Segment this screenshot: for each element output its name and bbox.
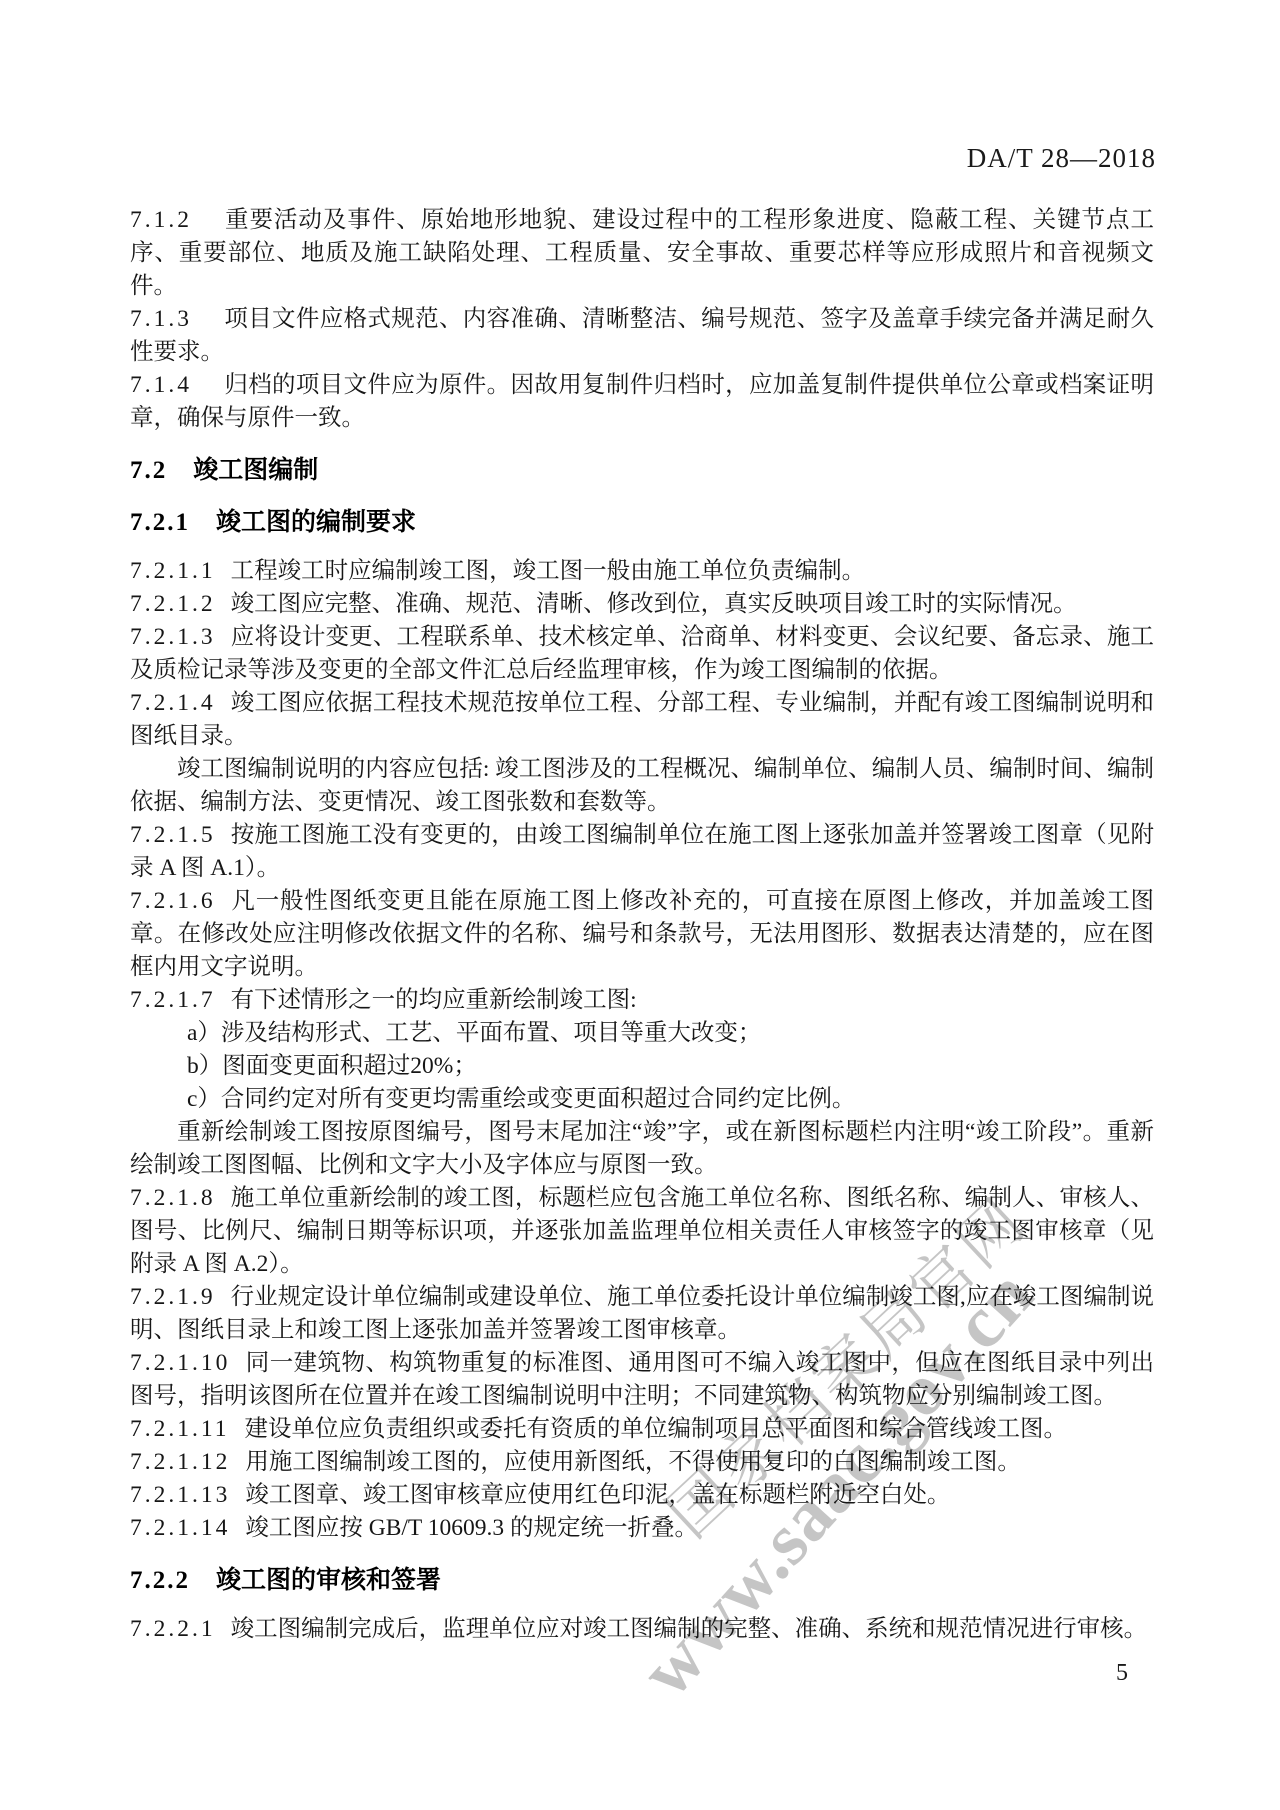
paragraph: 7.2.1.3应将设计变更、工程联系单、技术核定单、洽商单、材料变更、会议纪要、…	[130, 621, 1154, 687]
paragraph-text: 建设单位应负责组织或委托有资质的单位编制项目总平面图和综合管线竣工图。	[245, 1416, 1068, 1442]
paragraph-text: 归档的项目文件应为原件。因故用复制件归档时，应加盖复制件提供单位公章或档案证明章…	[130, 372, 1154, 431]
paragraph: 7.1.3项目文件应格式规范、内容准确、清晰整洁、编号规范、签字及盖章手续完备并…	[130, 303, 1154, 369]
heading-text: 竣工图的编制要求	[216, 508, 416, 536]
paragraph-text: 重新绘制竣工图按原图编号，图号末尾加注“竣”字，或在新图标题栏内注明“竣工阶段”…	[130, 1119, 1154, 1178]
section-heading: 7.2.2竣工图的审核和签署	[130, 1564, 1154, 1597]
clause-number: 7.1.4	[130, 372, 192, 398]
paragraph-text: 竣工图编制完成后，监理单位应对竣工图编制的完整、准确、系统和规范情况进行审核。	[231, 1616, 1148, 1642]
clause-number: 7.2.1.3	[130, 624, 216, 650]
clause-number: 7.2.1.14	[130, 1515, 230, 1541]
clause-number: 7.1.3	[130, 306, 192, 332]
clause-number: 7.2.1.9	[130, 1284, 216, 1310]
page-number: 5	[1116, 1660, 1128, 1687]
paragraph-text: c）合同约定对所有变更均需重绘或变更面积超过合同约定比例。	[187, 1086, 855, 1112]
document-body: 7.1.2重要活动及事件、原始地形地貌、建设过程中的工程形象进度、隐蔽工程、关键…	[130, 204, 1154, 1646]
heading-text: 竣工图的审核和签署	[216, 1566, 441, 1594]
paragraph-text: 同一建筑物、构筑物重复的标准图、通用图可不编入竣工图中，但应在图纸目录中列出图号…	[130, 1350, 1154, 1409]
paragraph-text: 项目文件应格式规范、内容准确、清晰整洁、编号规范、签字及盖章手续完备并满足耐久性…	[130, 306, 1154, 365]
paragraph-text: 竣工图应完整、准确、规范、清晰、修改到位，真实反映项目竣工时的实际情况。	[231, 591, 1077, 617]
clause-number: 7.2.2.1	[130, 1616, 216, 1642]
paragraph: 7.2.1.4竣工图应依据工程技术规范按单位工程、分部工程、专业编制，并配有竣工…	[130, 687, 1154, 753]
paragraph-text: 竣工图应依据工程技术规范按单位工程、分部工程、专业编制，并配有竣工图编制说明和图…	[130, 690, 1154, 749]
paragraph: 7.2.1.13竣工图章、竣工图审核章应使用红色印泥，盖在标题栏附近空白处。	[130, 1479, 1154, 1512]
paragraph: 重新绘制竣工图按原图编号，图号末尾加注“竣”字，或在新图标题栏内注明“竣工阶段”…	[130, 1116, 1154, 1182]
clause-number: 7.2	[130, 457, 167, 484]
paragraph-text: 工程竣工时应编制竣工图，竣工图一般由施工单位负责编制。	[231, 558, 866, 584]
document-page: { "page": { "standard_number": "DA/T 28—…	[0, 0, 1280, 1810]
paragraph: 7.2.1.10同一建筑物、构筑物重复的标准图、通用图可不编入竣工图中，但应在图…	[130, 1347, 1154, 1413]
clause-number: 7.2.1.6	[130, 888, 216, 914]
clause-number: 7.2.1.7	[130, 987, 216, 1013]
paragraph-text: b）图面变更面积超过20%；	[187, 1053, 477, 1079]
paragraph-text: 有下述情形之一的均应重新绘制竣工图:	[231, 987, 637, 1013]
paragraph: 7.2.1.7有下述情形之一的均应重新绘制竣工图:	[130, 984, 1154, 1017]
section-heading: 7.2.1竣工图的编制要求	[130, 506, 1154, 539]
clause-number: 7.1.2	[130, 207, 192, 233]
paragraph: 7.2.1.12用施工图编制竣工图的，应使用新图纸，不得使用复印的白图编制竣工图…	[130, 1446, 1154, 1479]
paragraph: 竣工图编制说明的内容应包括: 竣工图涉及的工程概况、编制单位、编制人员、编制时间…	[130, 753, 1154, 819]
paragraph: 7.2.1.6凡一般性图纸变更且能在原施工图上修改补充的，可直接在原图上修改，并…	[130, 885, 1154, 984]
paragraph-text: 竣工图编制说明的内容应包括: 竣工图涉及的工程概况、编制单位、编制人员、编制时间…	[130, 756, 1154, 815]
paragraph-text: 凡一般性图纸变更且能在原施工图上修改补充的，可直接在原图上修改，并加盖竣工图章。…	[130, 888, 1154, 980]
paragraph-text: 用施工图编制竣工图的，应使用新图纸，不得使用复印的白图编制竣工图。	[245, 1449, 1021, 1475]
paragraph-text: 施工单位重新绘制的竣工图，标题栏应包含施工单位名称、图纸名称、编制人、审核人、图…	[130, 1185, 1154, 1277]
clause-number: 7.2.1.1	[130, 558, 216, 584]
paragraph-text: 重要活动及事件、原始地形地貌、建设过程中的工程形象进度、隐蔽工程、关键节点工序、…	[130, 207, 1154, 299]
standard-number-header: DA/T 28—2018	[130, 143, 1156, 174]
paragraph-text: 行业规定设计单位编制或建设单位、施工单位委托设计单位编制竣工图,应在竣工图编制说…	[130, 1284, 1154, 1343]
clause-number: 7.2.1.8	[130, 1185, 216, 1211]
section-heading: 7.2竣工图编制	[130, 454, 1154, 487]
paragraph: 7.2.1.5按施工图施工没有变更的，由竣工图编制单位在施工图上逐张加盖并签署竣…	[130, 819, 1154, 885]
paragraph-text: 按施工图施工没有变更的，由竣工图编制单位在施工图上逐张加盖并签署竣工图章（见附录…	[130, 822, 1154, 881]
clause-number: 7.2.1.12	[130, 1449, 230, 1475]
paragraph: 7.2.1.2竣工图应完整、准确、规范、清晰、修改到位，真实反映项目竣工时的实际…	[130, 588, 1154, 621]
clause-number: 7.2.1.11	[130, 1416, 230, 1442]
paragraph: a）涉及结构形式、工艺、平面布置、项目等重大改变；	[130, 1017, 1154, 1050]
paragraph: 7.1.2重要活动及事件、原始地形地貌、建设过程中的工程形象进度、隐蔽工程、关键…	[130, 204, 1154, 303]
paragraph: 7.2.1.1工程竣工时应编制竣工图，竣工图一般由施工单位负责编制。	[130, 555, 1154, 588]
heading-text: 竣工图编制	[193, 456, 318, 484]
paragraph: 7.2.1.8施工单位重新绘制的竣工图，标题栏应包含施工单位名称、图纸名称、编制…	[130, 1182, 1154, 1281]
paragraph-text: 竣工图章、竣工图审核章应使用红色印泥，盖在标题栏附近空白处。	[245, 1482, 950, 1508]
clause-number: 7.2.1.4	[130, 690, 216, 716]
paragraph-text: 竣工图应按 GB/T 10609.3 的规定统一折叠。	[245, 1515, 698, 1541]
clause-number: 7.2.1	[130, 509, 190, 536]
paragraph: b）图面变更面积超过20%；	[130, 1050, 1154, 1083]
paragraph: 7.2.1.9行业规定设计单位编制或建设单位、施工单位委托设计单位编制竣工图,应…	[130, 1281, 1154, 1347]
clause-number: 7.2.1.13	[130, 1482, 230, 1508]
paragraph: 7.2.1.14竣工图应按 GB/T 10609.3 的规定统一折叠。	[130, 1512, 1154, 1545]
paragraph: 7.2.1.11建设单位应负责组织或委托有资质的单位编制项目总平面图和综合管线竣…	[130, 1413, 1154, 1446]
paragraph-text: 应将设计变更、工程联系单、技术核定单、洽商单、材料变更、会议纪要、备忘录、施工及…	[130, 624, 1154, 683]
paragraph: 7.1.4归档的项目文件应为原件。因故用复制件归档时，应加盖复制件提供单位公章或…	[130, 369, 1154, 435]
paragraph: 7.2.2.1竣工图编制完成后，监理单位应对竣工图编制的完整、准确、系统和规范情…	[130, 1613, 1154, 1646]
clause-number: 7.2.1.2	[130, 591, 216, 617]
clause-number: 7.2.2	[130, 1567, 190, 1594]
paragraph-text: a）涉及结构形式、工艺、平面布置、项目等重大改变；	[187, 1020, 761, 1046]
clause-number: 7.2.1.5	[130, 822, 216, 848]
clause-number: 7.2.1.10	[130, 1350, 230, 1376]
paragraph: c）合同约定对所有变更均需重绘或变更面积超过合同约定比例。	[130, 1083, 1154, 1116]
